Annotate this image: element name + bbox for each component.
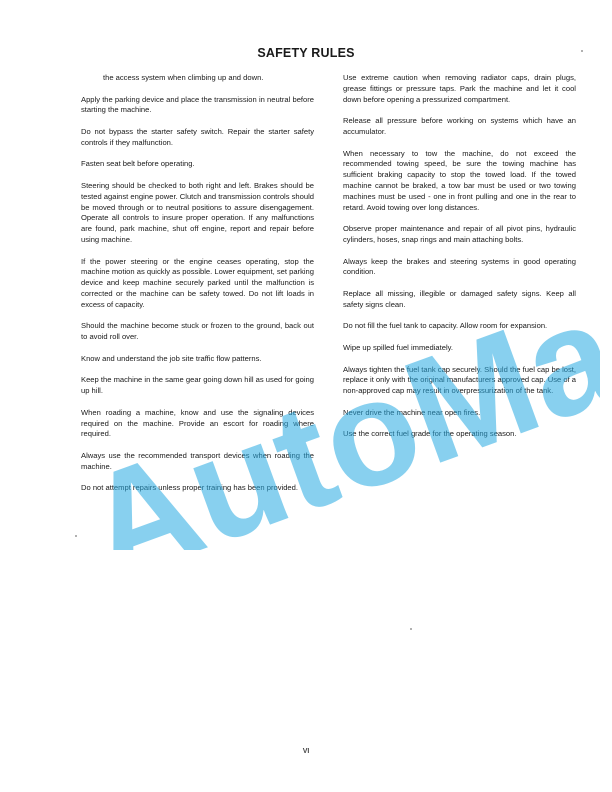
rule-paragraph: When roading a machine, know and use the… xyxy=(81,408,314,440)
rule-paragraph: Always keep the brakes and steering syst… xyxy=(343,257,576,279)
rule-paragraph: Apply the parking device and place the t… xyxy=(81,95,314,117)
rule-paragraph: Release all pressure before working on s… xyxy=(343,116,576,138)
rule-paragraph: Steering should be checked to both right… xyxy=(81,181,314,246)
right-column: Use extreme caution when removing radiat… xyxy=(343,73,576,451)
rule-paragraph: Know and understand the job site traffic… xyxy=(81,354,314,365)
scan-speck xyxy=(410,628,412,630)
rule-paragraph: Observe proper maintenance and repair of… xyxy=(343,224,576,246)
rule-paragraph: Do not fill the fuel tank to capacity. A… xyxy=(343,321,576,332)
scan-speck xyxy=(75,535,77,537)
rule-paragraph: the access system when climbing up and d… xyxy=(81,73,314,84)
rule-paragraph: When necessary to tow the machine, do no… xyxy=(343,149,576,214)
rule-paragraph: Wipe up spilled fuel immediately. xyxy=(343,343,576,354)
rule-paragraph: If the power steering or the engine ceas… xyxy=(81,257,314,311)
rule-paragraph: Do not attempt repairs unless proper tra… xyxy=(81,483,314,494)
scan-speck xyxy=(581,50,583,52)
page-title: SAFETY RULES xyxy=(0,46,612,60)
rule-paragraph: Should the machine become stuck or froze… xyxy=(81,321,314,343)
rule-paragraph: Replace all missing, illegible or damage… xyxy=(343,289,576,311)
rule-paragraph: Always use the recommended transport dev… xyxy=(81,451,314,473)
left-column: the access system when climbing up and d… xyxy=(81,73,314,505)
page-number: VI xyxy=(0,748,612,755)
rule-paragraph: Always tighten the fuel tank cap securel… xyxy=(343,365,576,397)
rule-paragraph: Use the correct fuel grade for the opera… xyxy=(343,429,576,440)
rule-paragraph: Keep the machine in the same gear going … xyxy=(81,375,314,397)
rule-paragraph: Never drive the machine near open fires. xyxy=(343,408,576,419)
rule-paragraph: Do not bypass the starter safety switch.… xyxy=(81,127,314,149)
rule-paragraph: Use extreme caution when removing radiat… xyxy=(343,73,576,105)
rule-paragraph: Fasten seat belt before operating. xyxy=(81,159,314,170)
